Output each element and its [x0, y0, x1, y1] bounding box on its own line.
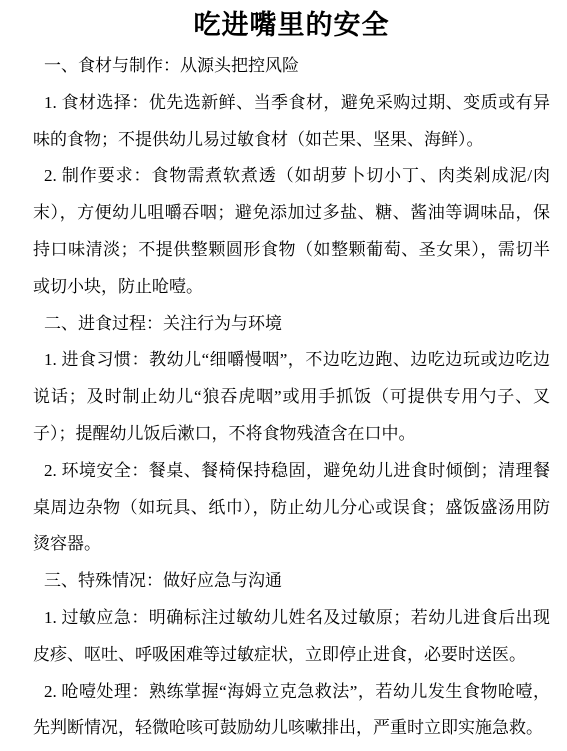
- section-3-heading: 三、特殊情况：做好应急与沟通: [33, 563, 550, 600]
- section-2-item-1: 1. 进食习惯：教幼儿“细嚼慢咽”，不边吃边跑、边吃边玩或边吃边说话；及时制止幼…: [33, 342, 550, 452]
- section-special-situations: 三、特殊情况：做好应急与沟通 1. 过敏应急：明确标注过敏幼儿姓名及过敏原；若幼…: [33, 563, 550, 747]
- section-eating-process: 二、进食过程：关注行为与环境 1. 进食习惯：教幼儿“细嚼慢咽”，不边吃边跑、边…: [33, 306, 550, 564]
- section-food-and-preparation: 一、食材与制作：从源头把控风险 1. 食材选择：优先选新鲜、当季食材，避免采购过…: [33, 48, 550, 306]
- document-page: 吃进嘴里的安全 一、食材与制作：从源头把控风险 1. 食材选择：优先选新鲜、当季…: [0, 0, 567, 751]
- section-2-heading: 二、进食过程：关注行为与环境: [33, 306, 550, 343]
- section-3-item-1: 1. 过敏应急：明确标注过敏幼儿姓名及过敏原；若幼儿进食后出现皮疹、呕吐、呼吸困…: [33, 600, 550, 674]
- document-title: 吃进嘴里的安全: [33, 5, 550, 45]
- section-1-item-2: 2. 制作要求：食物需煮软煮透（如胡萝卜切小丁、肉类剁成泥/肉末），方便幼儿咀嚼…: [33, 158, 550, 305]
- section-3-item-2: 2. 呛噎处理：熟练掌握“海姆立克急救法”，若幼儿发生食物呛噎，先判断情况，轻微…: [33, 674, 550, 748]
- section-1-heading: 一、食材与制作：从源头把控风险: [33, 48, 550, 85]
- section-2-item-2: 2. 环境安全：餐桌、餐椅保持稳固，避免幼儿进食时倾倒；清理餐桌周边杂物（如玩具…: [33, 453, 550, 563]
- section-1-item-1: 1. 食材选择：优先选新鲜、当季食材，避免采购过期、变质或有异味的食物；不提供幼…: [33, 85, 550, 159]
